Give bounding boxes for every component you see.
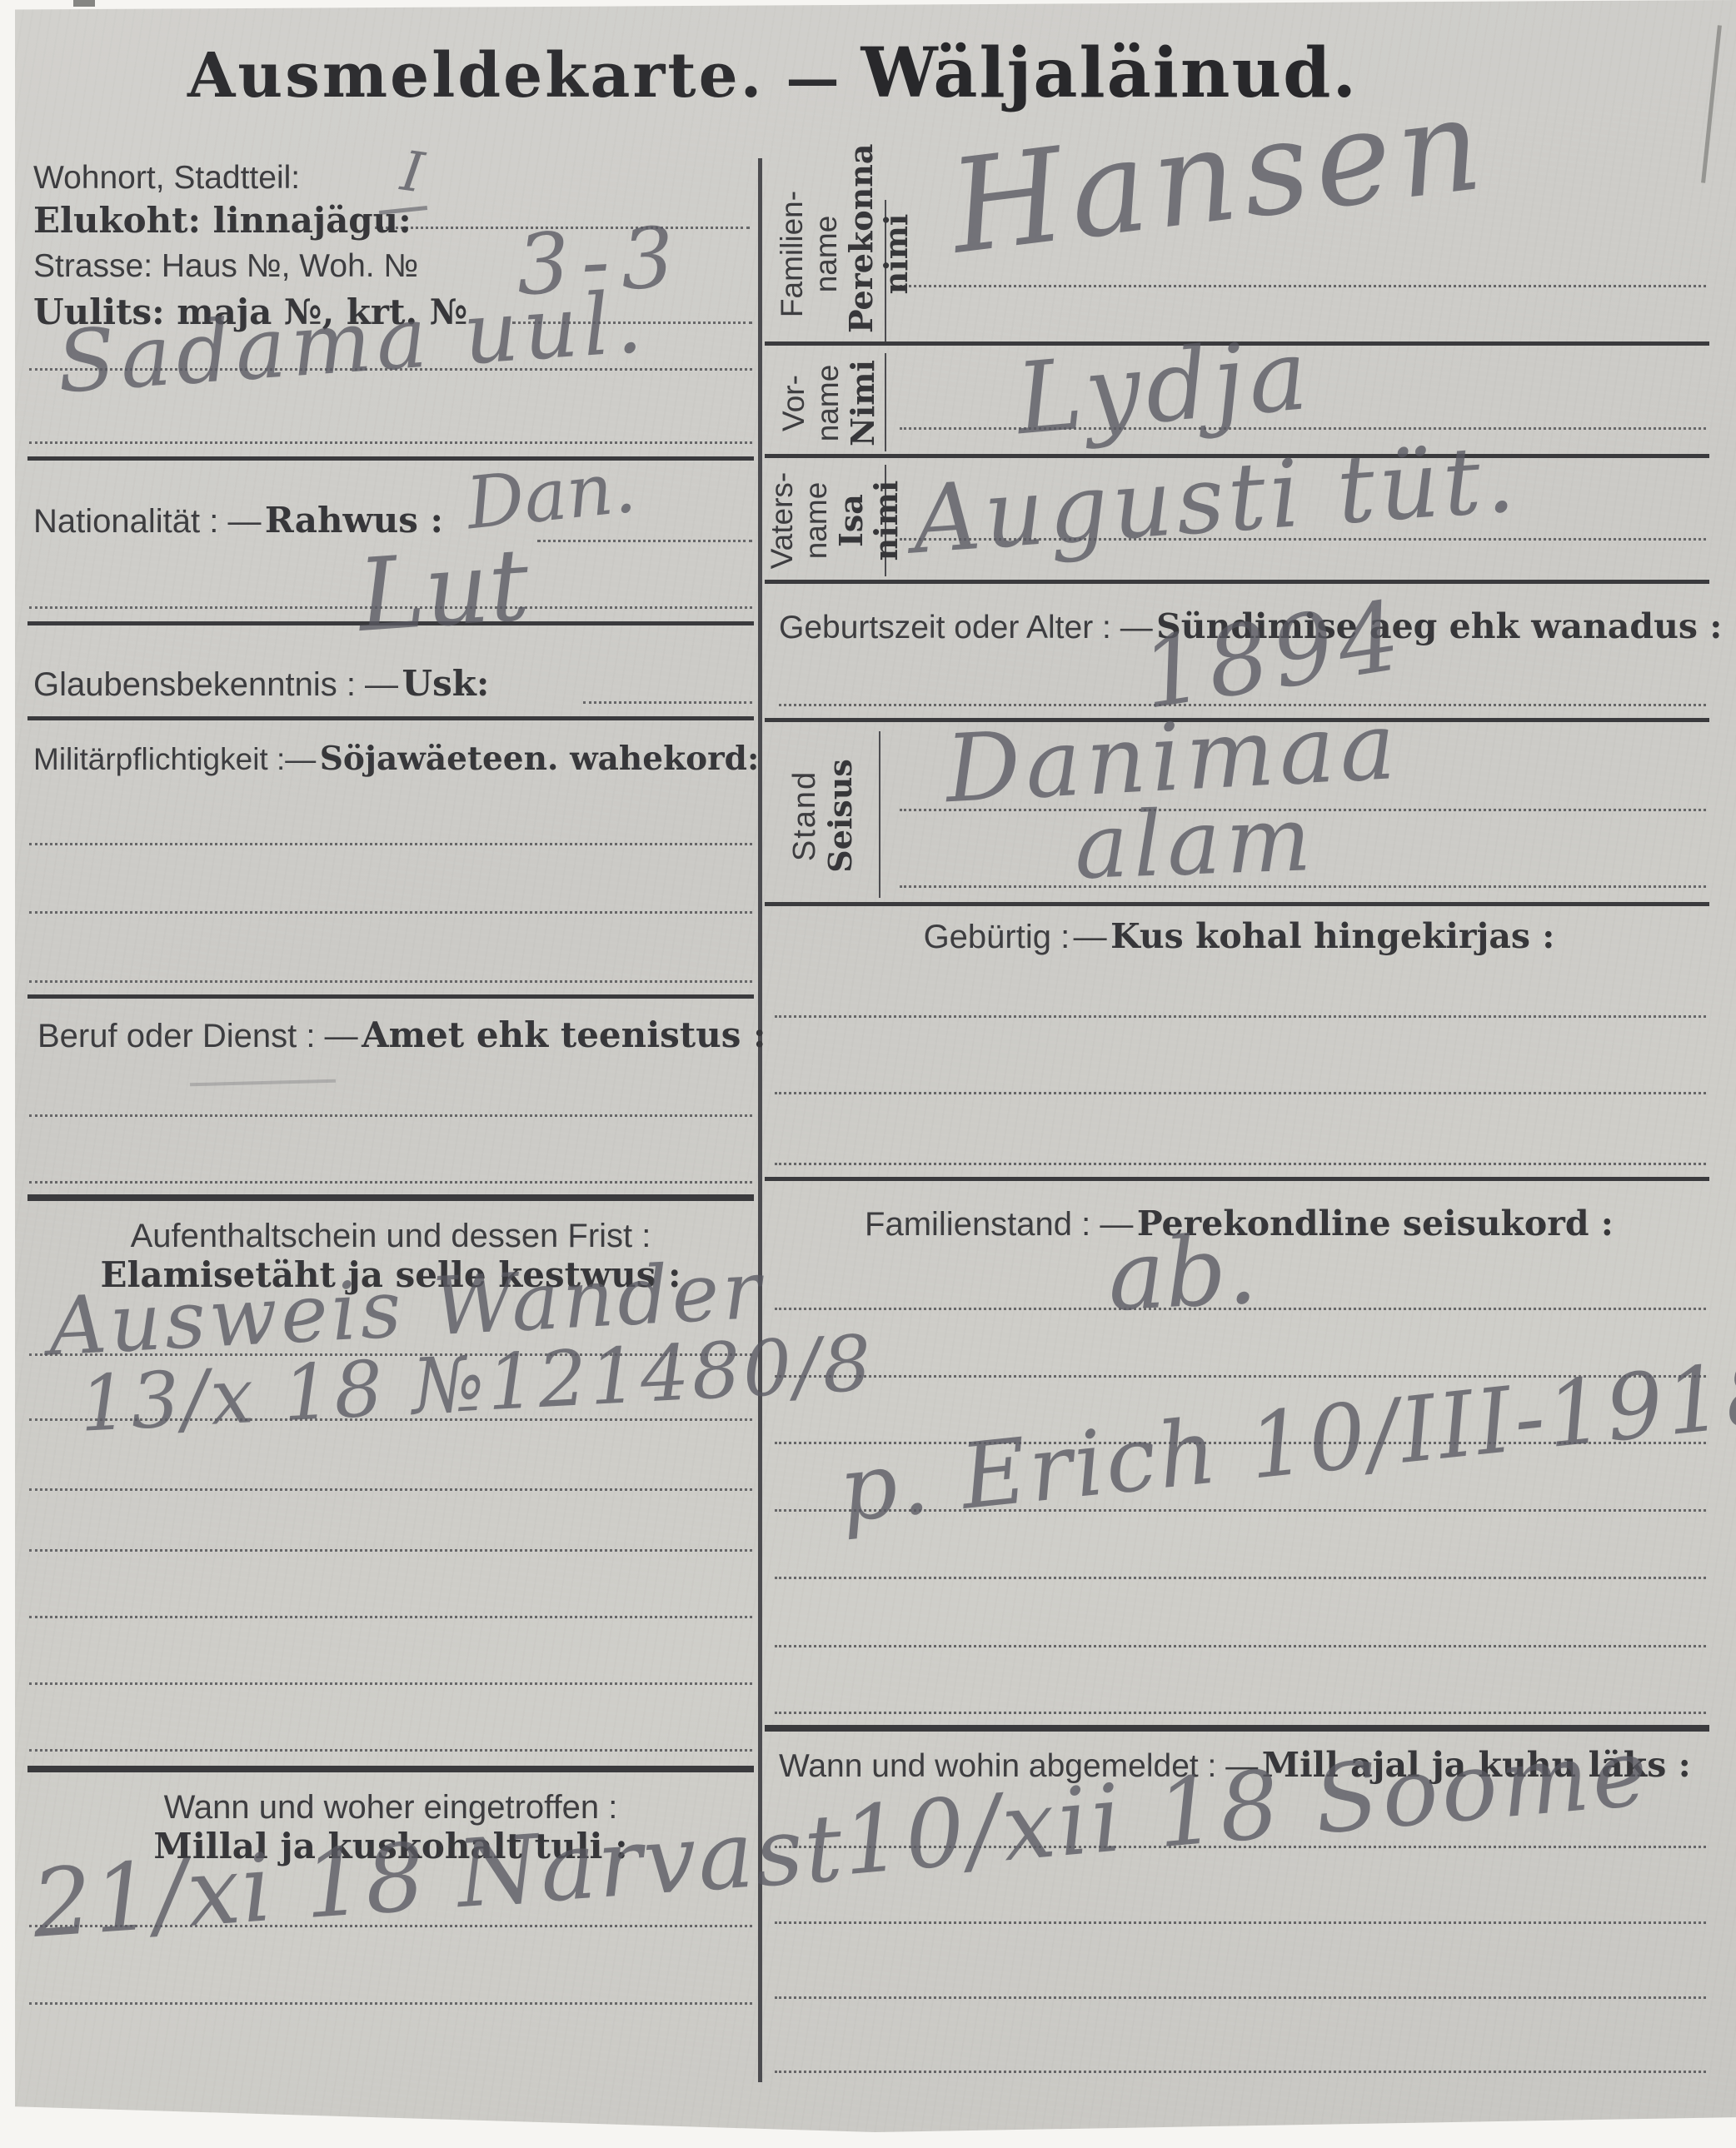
dotted-line xyxy=(775,2071,1706,2073)
dotted-line xyxy=(900,285,1706,287)
handwritten-marital: ab. xyxy=(1105,1214,1260,1333)
dotted-line xyxy=(775,1921,1706,1924)
label-amet: Amet ehk teenistus : xyxy=(362,1014,766,1055)
dotted-line xyxy=(775,1996,1706,1999)
dotted-line xyxy=(29,1682,752,1685)
dotted-line xyxy=(29,1549,752,1552)
dotted-line xyxy=(775,1092,1706,1094)
scanned-registration-card: Ausmeldekarte. — Wäljaläinud. Wohnort, S… xyxy=(0,0,1736,2148)
dotted-line xyxy=(29,1488,752,1491)
label-elukoht: Elukoht: linnajägu: xyxy=(33,200,412,241)
section-line xyxy=(765,1177,1709,1181)
handwritten-status-line2: alam xyxy=(1073,787,1318,900)
label-vatersname: Vaters- name Isa nimi xyxy=(765,462,881,579)
dotted-line xyxy=(775,1015,1706,1018)
dotted-line xyxy=(29,441,752,444)
label-glaubensbekenntnis: Glaubensbekenntnis : — xyxy=(33,666,398,703)
card-title: Ausmeldekarte. — Wäljaläinud. xyxy=(187,33,1358,113)
label-stand: Stand Seisus xyxy=(787,739,866,893)
label-rule xyxy=(879,731,880,898)
label-gebuertig: Gebürtig : xyxy=(924,919,1070,955)
handwritten-religion: Lut xyxy=(354,527,532,655)
center-divider xyxy=(758,158,762,2082)
section-line xyxy=(27,1194,754,1201)
title-german: Ausmeldekarte. xyxy=(187,40,764,112)
dotted-line xyxy=(29,911,752,914)
dotted-line xyxy=(537,540,752,542)
label-gebuertig-row: Gebürtig : — Kus kohal hingekirjas : xyxy=(771,916,1708,956)
dotted-line xyxy=(29,843,752,845)
label-rule xyxy=(885,353,886,451)
title-separator: — xyxy=(786,47,839,110)
section-line xyxy=(27,994,754,999)
label-militaerpflichtigkeit: Militärpflichtigkeit :— xyxy=(33,742,316,776)
label-usk: Usk: xyxy=(402,663,490,704)
label-gebuertig-sep: — xyxy=(1074,919,1107,955)
label-strasse: Strasse: Haus №, Woh. № xyxy=(33,248,418,285)
label-familienstand: Familienstand : — xyxy=(865,1206,1133,1243)
dotted-line xyxy=(29,980,752,983)
label-soejawaeeteen: Söjawäeteen. wahekord: xyxy=(320,740,760,778)
dotted-line xyxy=(775,1645,1706,1647)
dotted-line xyxy=(29,1749,752,1752)
dotted-line xyxy=(775,1163,1706,1165)
section-line xyxy=(765,902,1709,906)
label-beruf: Beruf oder Dienst : — xyxy=(37,1018,358,1054)
label-geburtszeit: Geburtszeit oder Alter : — xyxy=(779,610,1153,645)
scan-speck-artifact xyxy=(73,0,95,7)
dotted-line xyxy=(29,1114,752,1117)
section-line xyxy=(765,580,1709,584)
dotted-line xyxy=(29,1616,752,1618)
label-kus-kohal: Kus kohal hingekirjas : xyxy=(1110,916,1554,956)
dotted-line xyxy=(583,701,752,704)
section-line xyxy=(27,456,754,461)
dotted-line xyxy=(29,2002,752,2005)
label-wohnort: Wohnort, Stadtteil: xyxy=(33,160,300,197)
section-line xyxy=(27,1766,754,1772)
section-line xyxy=(27,716,754,720)
label-vorname: Vor- name Nimi xyxy=(776,353,870,453)
dotted-line xyxy=(775,1712,1706,1714)
label-familienname: Familien- name Perekonna nimi xyxy=(775,175,883,333)
label-nationalitaet: Nationalität : — xyxy=(33,503,261,540)
dotted-line xyxy=(775,1577,1706,1579)
dotted-line xyxy=(29,1181,752,1184)
